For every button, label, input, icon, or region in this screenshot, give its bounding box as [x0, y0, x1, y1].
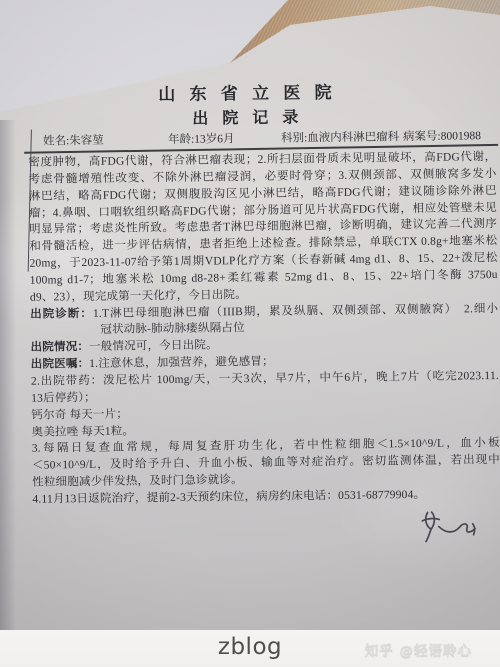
case-value: 8001988 — [441, 130, 481, 142]
line-text: 4.11月13日返院治疗，提前2-3天预约床位，病房约床电话：0531-6877… — [32, 489, 425, 506]
line-text: ＜50×10^9/L，及时给予升白、升血小板、输血等对症治疗。密切监测体温，若出… — [32, 454, 500, 472]
line-text: 2.出院带药：泼尼松片 100mg/天，一天3次，早7片，中午6片，晚上7片（吃… — [31, 370, 499, 388]
line-text: 1.T淋巴母细胞淋巴瘤（IIIB期，累及纵膈、双侧颈部、双侧腋窝） 2.细小 — [93, 303, 498, 320]
line-text: 100mg d1-7；地塞米松 10mg d8-28+柔红霉素 52mg d1、… — [30, 269, 498, 287]
case-label: 病案号: — [403, 131, 441, 143]
doctor-signature-scribble — [413, 501, 488, 552]
line-label: 出院诊断： — [30, 308, 93, 321]
case-number-field: 病案号:8001988 — [403, 127, 481, 144]
line-text: 一般情况可，今日出院。 — [89, 340, 218, 354]
name-label: 姓名: — [43, 135, 69, 147]
age-value: 13岁6月 — [194, 133, 234, 145]
age-label: 年龄: — [168, 134, 194, 146]
name-value: 朱容堃 — [69, 135, 104, 147]
line-text: 冠状动脉-肺动脉瘘纵隔占位 — [100, 323, 245, 337]
document-body: 密度肿物，高FDG代谢，符合淋巴瘤表现；2.所扫层面骨质未见明显破坏，高FDG代… — [28, 149, 500, 508]
photo-of-discharge-record: 山 东 省 立 医 院 出 院 记 录 姓名:朱容堃 年龄:13岁6月 科别:血… — [0, 0, 500, 667]
line-text: d9、23），现完成第一天化疗，今日出院。 — [30, 289, 247, 304]
document-title: 出 院 记 录 — [0, 102, 498, 131]
line-text: 13后停药）； — [31, 392, 96, 405]
dept-label: 科别: — [281, 132, 307, 144]
department-field: 科别:血液内科淋巴瘤科 — [281, 128, 399, 145]
footer-bar: zblog 知乎 @轻语聆心 — [0, 630, 500, 667]
line-label: 出院医嘱： — [31, 358, 90, 371]
dept-value: 血液内科淋巴瘤科 — [307, 131, 399, 144]
line-text: 1.注意休息，加强营养，避免感冒； — [89, 356, 274, 370]
line-text: 钙尔奇 每天一片； — [31, 408, 128, 421]
line-text: 性粒细胞减少伴发热，及时门急诊就诊。 — [32, 474, 243, 489]
document-content: 山 东 省 立 医 院 出 院 记 录 姓名:朱容堃 年龄:13岁6月 科别:血… — [0, 0, 500, 633]
zhihu-watermark: 知乎 @轻语聆心 — [365, 639, 472, 659]
line-label: 出院情况： — [30, 341, 89, 354]
line-text: 奥美拉唑 每天1粒。 — [32, 425, 135, 438]
line-text: 淋巴结，略高FDG代谢；双侧腹股沟区见小淋巴结，略高FDG代谢；建议随诊除外淋巴 — [29, 185, 497, 203]
patient-age-field: 年龄:13岁6月 — [168, 130, 235, 147]
patient-name-field: 姓名:朱容堃 — [43, 132, 104, 149]
